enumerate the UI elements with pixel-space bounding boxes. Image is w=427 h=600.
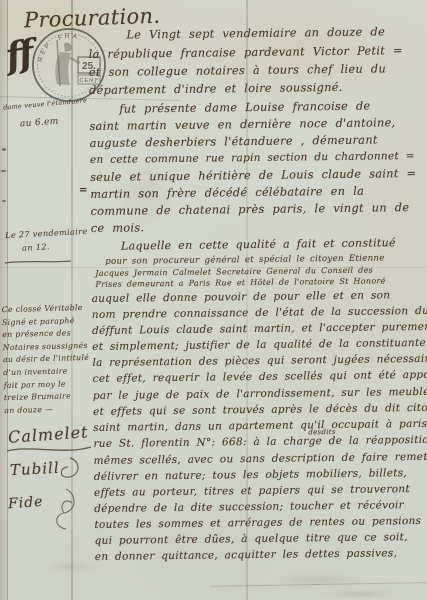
margin-dash-rule [3, 258, 73, 266]
signature-paraph-loop [55, 455, 85, 485]
manuscript-page: Procuration. ff 25. CENT REP. FRA. dame … [0, 0, 427, 600]
body-line: département d'indre et loire soussigné. [89, 81, 343, 97]
body-line: fut présente dame Louise francoise de [119, 100, 370, 116]
body-line: toutes les sommes et arrérages de rentes… [94, 515, 421, 531]
signature-fide: Fide [7, 494, 43, 512]
body-line: et effets qui se sont trouvés après le d… [93, 402, 427, 418]
body-line: effets au porteur, titres et papiers qui… [94, 483, 410, 499]
body-line: nom prendre connaissance de l'état de la… [92, 305, 427, 321]
body-line: rue St. florentin N°: 668: à la charge d… [93, 433, 427, 450]
allegory-head [64, 43, 72, 52]
body-line: auguste desherbiers l'étanduere , démeur… [90, 133, 378, 150]
body-line: en donner quittance, acquitter les dette… [95, 547, 398, 563]
body-line: et simplement; justifier de la qualité d… [92, 337, 427, 353]
body-line: mêmes scellés, avec ou sans description … [94, 450, 427, 466]
ink-showthrough [250, 570, 390, 590]
margin-date-note-line1: Le 27 vendemiaire [5, 226, 88, 240]
body-text-column: Le Vingt sept vendemiaire an douze de la… [88, 0, 427, 600]
adjacent-page-edge [0, 0, 8, 600]
signature-tubill: Tubill [10, 459, 61, 480]
body-line: et son collegue notaires à tours chef li… [89, 62, 386, 79]
ink-speck [1, 170, 6, 172]
body-line: Le Vingt sept vendemiaire an douze de [126, 25, 385, 41]
body-line: qui pourront être dûes, à quelque titre … [95, 531, 408, 547]
margin-certification-note: Ce clossé Véritable Signé et paraphé en … [2, 302, 91, 418]
interlined-line: Prises demeurant a Paris Rue et Hôtel de… [95, 276, 385, 289]
margin-widow-note-line2: au 6.em [20, 117, 59, 130]
body-line: déffunt Louis claude saint martin, et l'… [92, 321, 427, 337]
body-line: par le juge de paix de l'arrondissement,… [93, 386, 427, 402]
margin-continuation-mark: = [79, 185, 88, 196]
cert-line: Ce clossé Véritable [2, 302, 88, 317]
ink-speck [2, 148, 6, 151]
body-line: délivrer en nature; tous les objets mobi… [94, 467, 407, 483]
body-line: saint martin veuve en dernière noce d'an… [89, 116, 395, 133]
body-line: dépendre de la dite succession; toucher … [94, 499, 404, 515]
body-line: saint martin, dans un apartement qu'il o… [93, 418, 427, 434]
cert-line: au désir de l'intitulé [3, 352, 89, 367]
ink-speck [2, 200, 6, 202]
body-line: auquel elle donne pouvoir de pour elle e… [92, 289, 391, 305]
body-line: la représentation des pièces qui seront … [92, 352, 427, 368]
stamp-showthrough [100, 150, 190, 240]
cert-line: an douze — [4, 403, 90, 418]
ink-showthrough [30, 558, 110, 576]
interlined-line: pour son procureur général et spécial le… [105, 253, 385, 266]
body-line: cet effet, requerir la levée des scellés… [93, 369, 427, 385]
ink-showthrough [300, 588, 420, 600]
signature-paraph-loop [48, 485, 82, 533]
body-line: la république francaise pardevant Victor… [89, 44, 403, 61]
margin-date-note-line2: an 12. [22, 241, 50, 252]
